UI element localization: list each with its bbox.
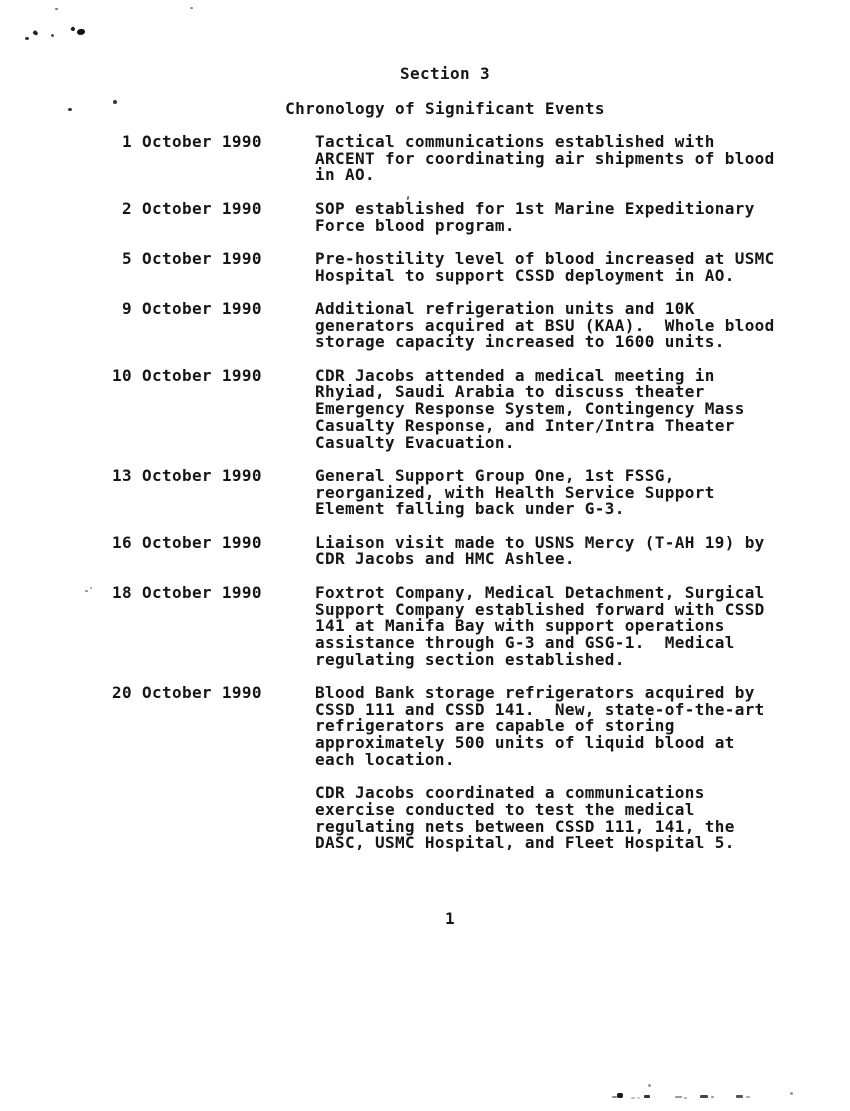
ink-speckle bbox=[32, 30, 38, 36]
scan-smudge bbox=[617, 1093, 623, 1098]
document-title: Chronology of Significant Events bbox=[40, 101, 850, 118]
entry-date: 9 October 1990 bbox=[112, 301, 315, 351]
ink-speckle bbox=[70, 26, 76, 32]
entry-text: Liaison visit made to USNS Mercy (T-AH 1… bbox=[315, 535, 765, 568]
entry-text: Foxtrot Company, Medical Detachment, Sur… bbox=[315, 585, 765, 669]
entry-text: Tactical communications established with… bbox=[315, 134, 775, 184]
entry-date: 2 October 1990 bbox=[112, 201, 315, 234]
chronology-entry: 5 October 1990 Pre-hostility level of bl… bbox=[112, 251, 812, 284]
entry-text: CDR Jacobs coordinated a communications … bbox=[315, 785, 735, 852]
ink-speckle bbox=[77, 29, 85, 35]
scan-smudge bbox=[631, 1097, 635, 1099]
chronology-entry: 10 October 1990 CDR Jacobs attended a me… bbox=[112, 368, 812, 452]
entry-date: 1 October 1990 bbox=[112, 134, 315, 184]
scan-smudge bbox=[644, 1095, 650, 1098]
chronology-entry: 16 October 1990 Liaison visit made to US… bbox=[112, 535, 812, 568]
ink-speckle bbox=[113, 100, 117, 104]
scan-smudge bbox=[700, 1095, 708, 1098]
section-title: Section 3 bbox=[40, 66, 850, 83]
ink-speckle bbox=[25, 37, 29, 40]
entry-date: 20 October 1990 bbox=[112, 685, 315, 769]
scan-smudge bbox=[746, 1096, 750, 1098]
entry-text: Additional refrigeration units and 10K g… bbox=[315, 301, 775, 351]
ink-speckle bbox=[68, 108, 72, 111]
scan-smudge bbox=[675, 1096, 682, 1098]
entry-date bbox=[112, 785, 315, 852]
scan-smudge bbox=[790, 1092, 793, 1095]
document-page: Section 3 Chronology of Significant Even… bbox=[0, 0, 850, 1111]
scan-smudge bbox=[637, 1097, 640, 1099]
entry-date: 5 October 1990 bbox=[112, 251, 315, 284]
chronology-list: 1 October 1990 Tactical communications e… bbox=[112, 134, 812, 869]
ink-speckle bbox=[190, 7, 193, 9]
ink-speckle bbox=[90, 587, 92, 589]
chronology-entry: 2 October 1990 SOP established for 1st M… bbox=[112, 201, 812, 234]
entry-date: 18 October 1990 bbox=[112, 585, 315, 669]
entry-text: General Support Group One, 1st FSSG, reo… bbox=[315, 468, 715, 518]
entry-date: 13 October 1990 bbox=[112, 468, 315, 518]
entry-text: CDR Jacobs attended a medical meeting in… bbox=[315, 368, 745, 452]
chronology-entry: 13 October 1990 General Support Group On… bbox=[112, 468, 812, 518]
entry-text: Blood Bank storage refrigerators acquire… bbox=[315, 685, 765, 769]
entry-date: 10 October 1990 bbox=[112, 368, 315, 452]
chronology-entry: 20 October 1990 Blood Bank storage refri… bbox=[112, 685, 812, 769]
scan-smudge bbox=[711, 1096, 714, 1098]
chronology-entry: CDR Jacobs coordinated a communications … bbox=[112, 785, 812, 852]
page-number: 1 bbox=[40, 911, 850, 928]
chronology-entry: 18 October 1990 Foxtrot Company, Medical… bbox=[112, 585, 812, 669]
ink-speckle bbox=[51, 34, 54, 37]
scan-smudge bbox=[648, 1084, 651, 1087]
scan-smudge bbox=[684, 1097, 687, 1099]
scan-smudge bbox=[736, 1095, 743, 1098]
ink-speckle bbox=[55, 8, 58, 10]
chronology-entry: 1 October 1990 Tactical communications e… bbox=[112, 134, 812, 184]
entry-date: 16 October 1990 bbox=[112, 535, 315, 568]
chronology-entry: 9 October 1990 Additional refrigeration … bbox=[112, 301, 812, 351]
entry-text: Pre-hostility level of blood increased a… bbox=[315, 251, 775, 284]
entry-text: SOP established for 1st Marine Expeditio… bbox=[315, 201, 755, 234]
ink-speckle bbox=[85, 590, 88, 592]
